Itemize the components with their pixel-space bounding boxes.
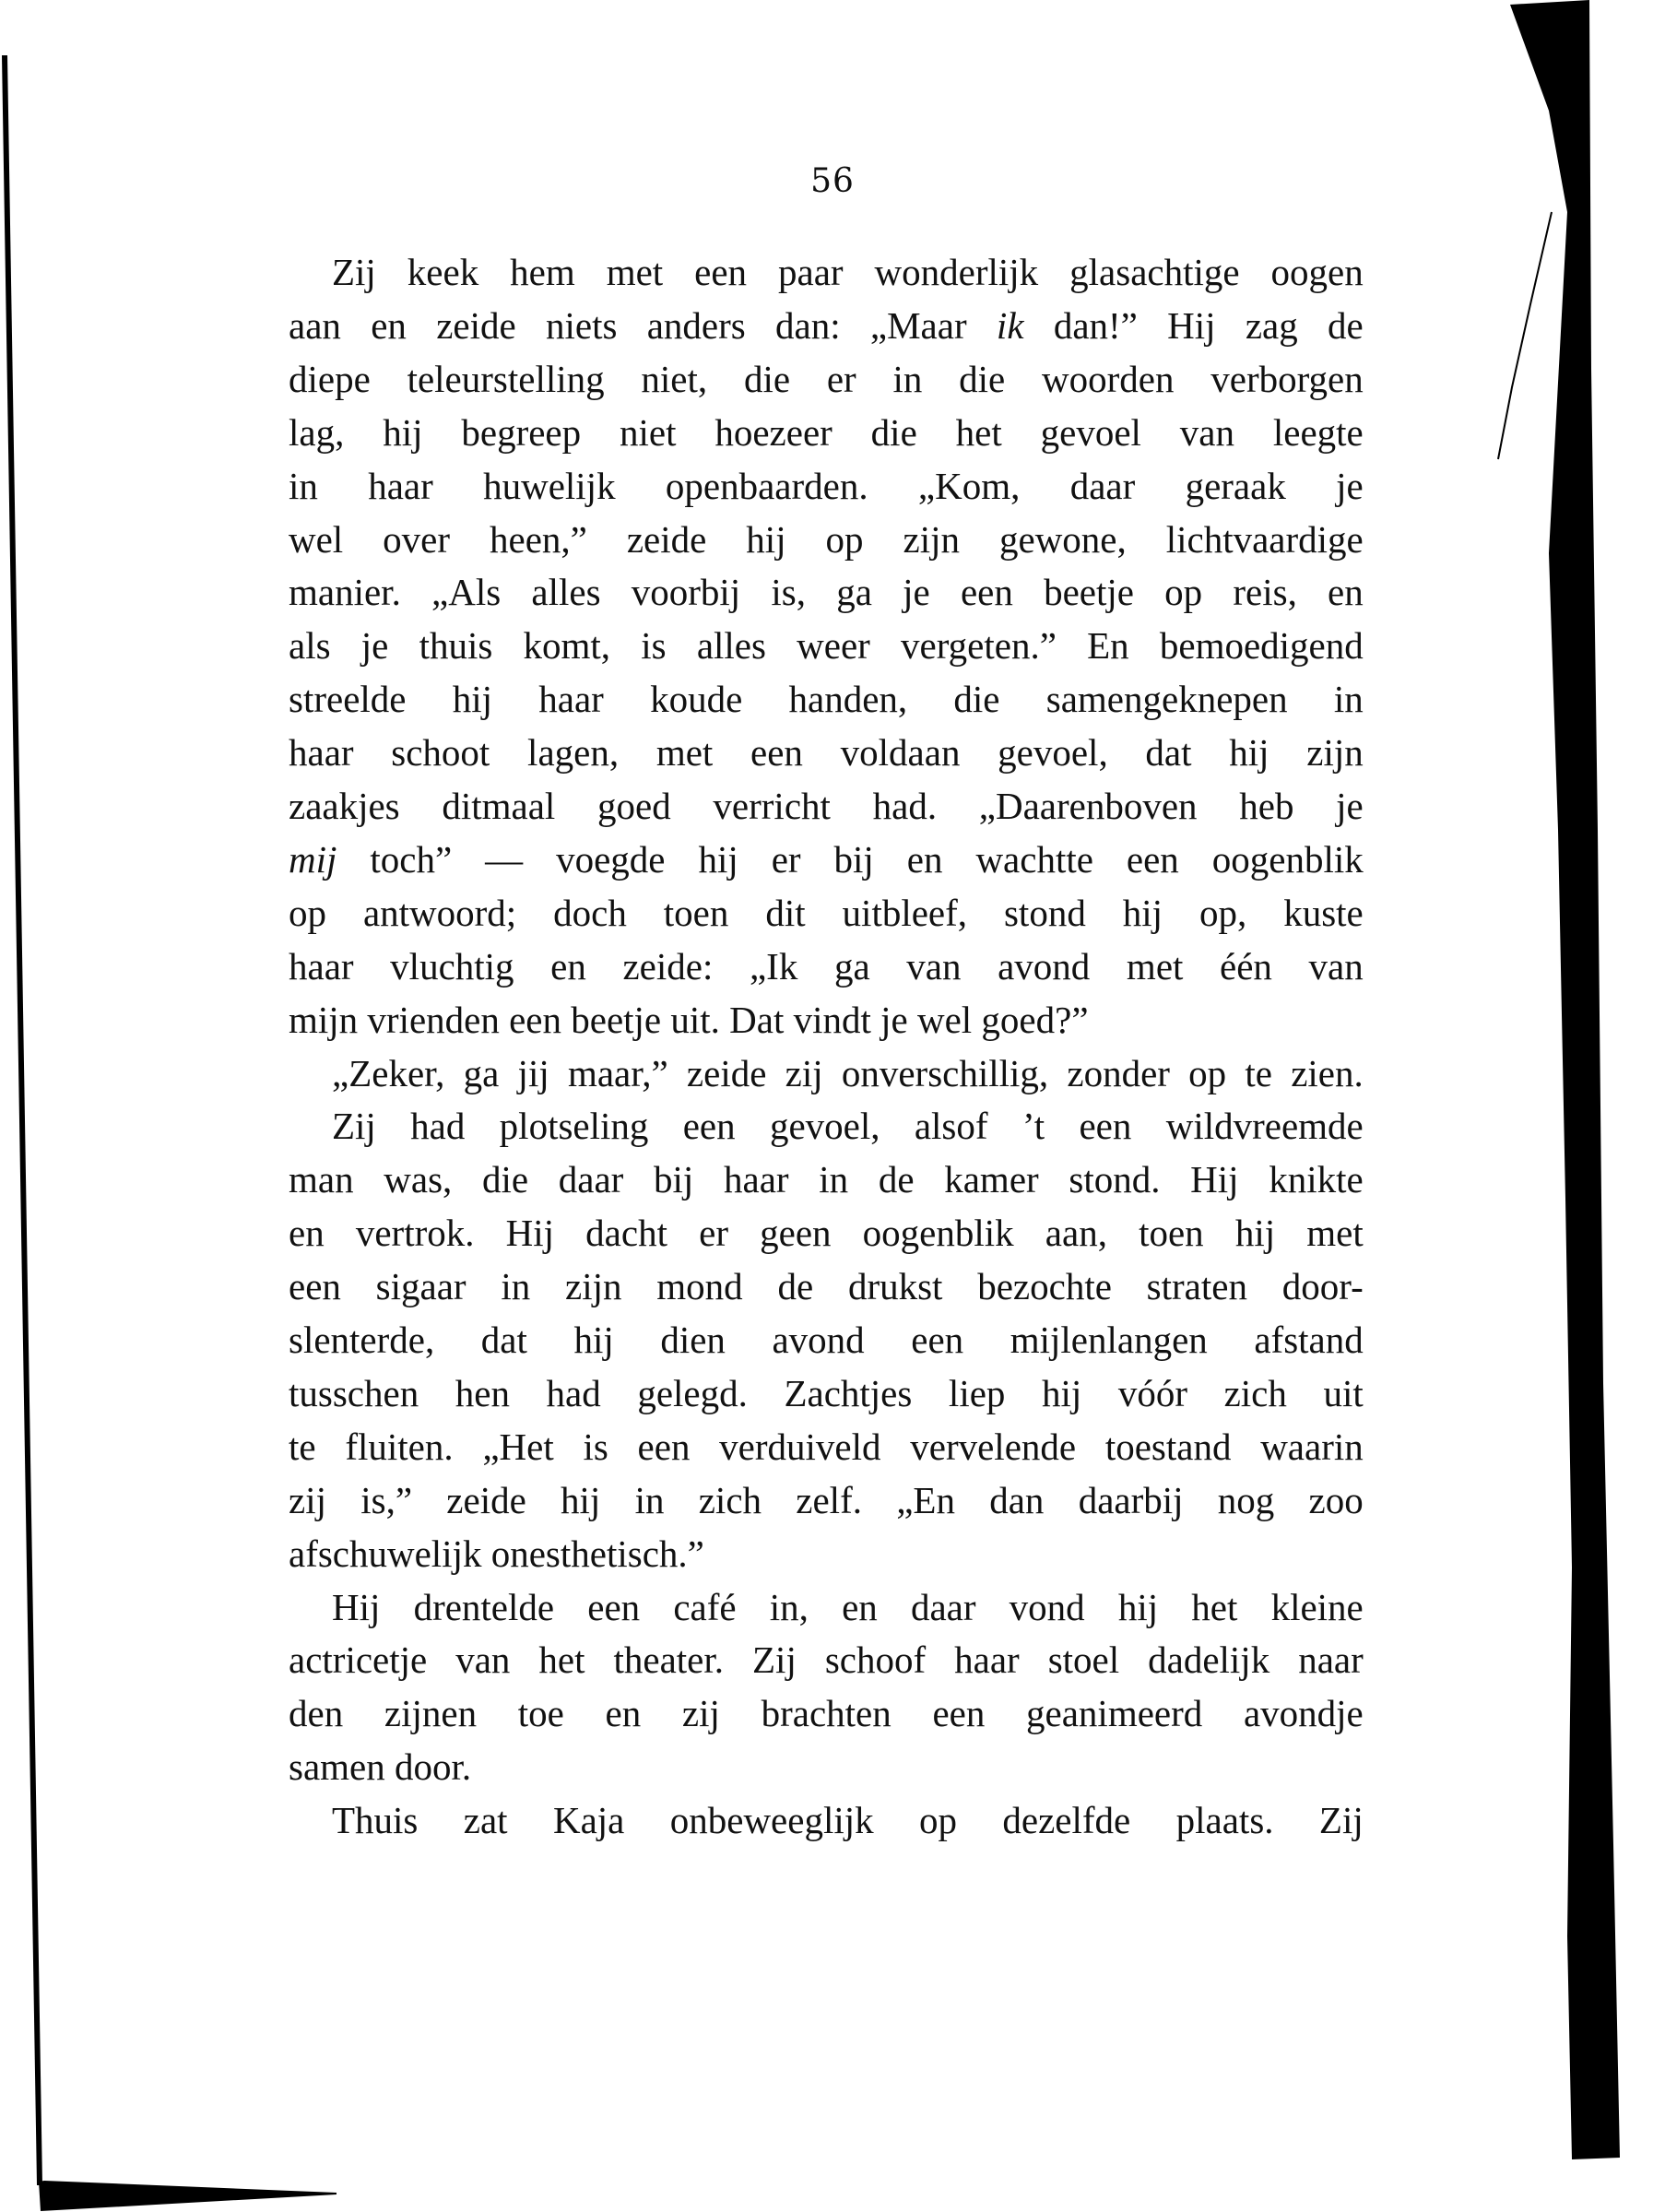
right-crease-line <box>1498 212 1552 459</box>
text-line: Thuis zat Kaja onbeweeglijk op dezelfde … <box>289 1793 1373 1847</box>
text-line: haar vluchtig en zeide: „Ik ga van avond… <box>289 940 1373 993</box>
text-line: mij toch” — voegde hij er bij en wachtte… <box>289 833 1373 886</box>
text-line: Zij keek hem met een paar wonderlijk gla… <box>289 245 1373 299</box>
text-line: actricetje van het theater. Zij schoof h… <box>289 1633 1373 1686</box>
text-line: man was, die daar bij haar in de kamer s… <box>289 1153 1373 1206</box>
text-line: „Zeker, ga jij maar,” zeide zij onversch… <box>289 1047 1373 1100</box>
text-line: en vertrok. Hij dacht er geen oogenblik … <box>289 1206 1373 1260</box>
text-line: aan en zeide niets anders dan: „Maar ik … <box>289 299 1373 352</box>
text-line: afschuwelijk onesthetisch.” <box>289 1527 1373 1580</box>
text-line: lag, hij begreep niet hoezeer die het ge… <box>289 406 1373 459</box>
text-line: zaakjes ditmaal goed verricht had. „Daar… <box>289 779 1373 833</box>
text-line: wel over heen,” zeide hij op zijn gewone… <box>289 513 1373 566</box>
text-line: manier. „Als alles voorbij is, ga je een… <box>289 565 1373 619</box>
bottom-page-edge <box>39 2181 337 2211</box>
text-line: mijn vrienden een beetje uit. Dat vindt … <box>289 993 1373 1047</box>
text-line: tusschen hen had gelegd. Zachtjes liep h… <box>289 1366 1373 1420</box>
text-line: streelde hij haar koude handen, die same… <box>289 672 1373 726</box>
text-line: slenterde, dat hij dien avond een mijlen… <box>289 1313 1373 1366</box>
text-line: samen door. <box>289 1740 1373 1793</box>
page-number: 56 <box>0 162 1665 200</box>
text-line: Zij had plotseling een gevoel, alsof ’t … <box>289 1099 1373 1153</box>
text-line: een sigaar in zijn mond de drukst bezoch… <box>289 1260 1373 1313</box>
left-page-edge <box>2 55 42 2185</box>
text-line: als je thuis komt, is alles weer vergete… <box>289 619 1373 672</box>
text-line: haar schoot lagen, met een voldaan gevoe… <box>289 726 1373 779</box>
text-line: in haar huwelijk openbaarden. „Kom, daar… <box>289 459 1373 513</box>
text-line: zij is,” zeide hij in zich zelf. „En dan… <box>289 1473 1373 1527</box>
text-line: den zijnen toe en zij brachten een geani… <box>289 1686 1373 1740</box>
text-line: te fluiten. „Het is een verduiveld verve… <box>289 1420 1373 1473</box>
text-line: op antwoord; doch toen dit uitbleef, sto… <box>289 886 1373 940</box>
text-line: Hij drentelde een café in, en daar vond … <box>289 1580 1373 1634</box>
text-line: diepe teleurstelling niet, die er in die… <box>289 352 1373 406</box>
right-binding-shadow <box>1510 0 1620 2159</box>
